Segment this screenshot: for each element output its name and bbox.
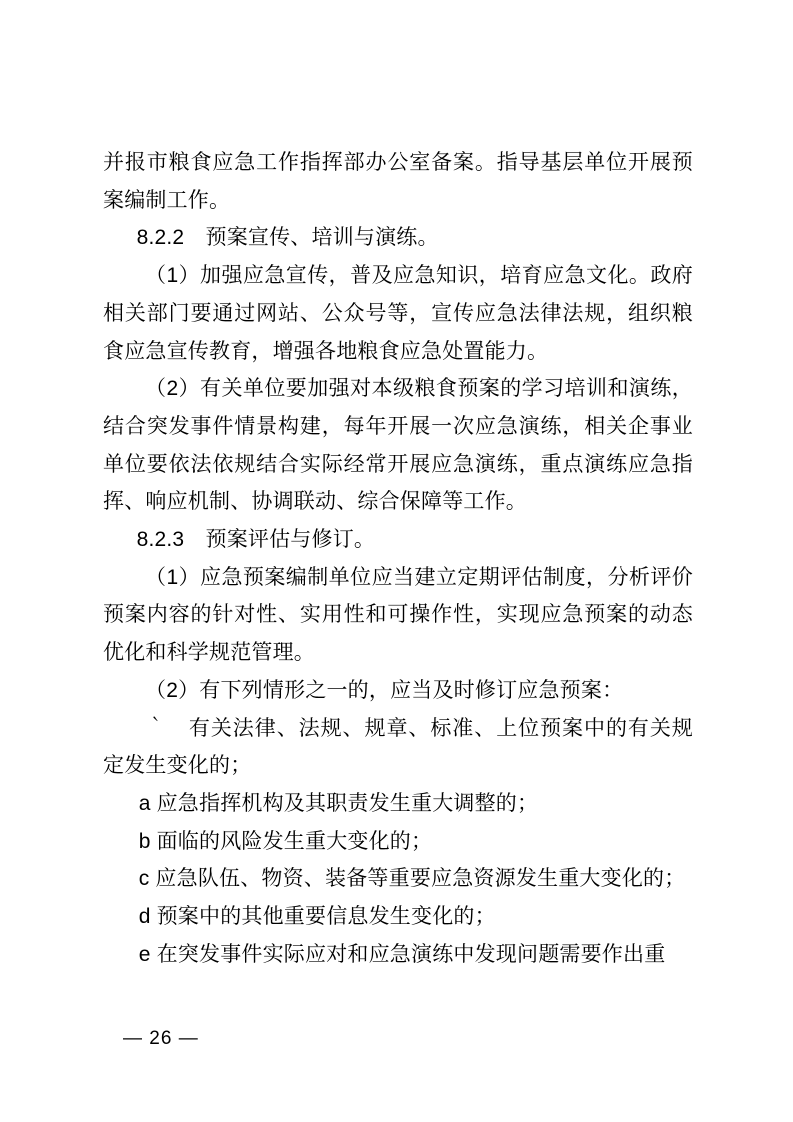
section-heading-8-2-3: 8.2.3 预案评估与修订。 bbox=[103, 521, 693, 559]
revision-item-laws: ｀ 有关法律、法规、规章、标准、上位预案中的有关规定发生变化的； bbox=[103, 710, 693, 785]
body-paragraph-revision-intro: （2）有下列情形之一的，应当及时修订应急预案： bbox=[103, 672, 693, 710]
body-paragraph-training-drills: （2）有关单位要加强对本级粮食预案的学习培训和演练，结合突发事件情景构建，每年开… bbox=[103, 370, 693, 521]
body-paragraph-publicity: （1）加强应急宣传，普及应急知识，培育应急文化。政府相关部门要通过网站、公众号等… bbox=[103, 257, 693, 370]
revision-item-c: c 应急队伍、物资、装备等重要应急资源发生重大变化的； bbox=[103, 860, 693, 898]
document-body: 并报市粮食应急工作指挥部办公室备案。指导基层单位开展预案编制工作。 8.2.2 … bbox=[103, 144, 693, 973]
section-heading-8-2-2: 8.2.2 预案宣传、培训与演练。 bbox=[103, 219, 693, 257]
document-page: 并报市粮食应急工作指挥部办公室备案。指导基层单位开展预案编制工作。 8.2.2 … bbox=[0, 0, 793, 1122]
revision-item-a: a 应急指挥机构及其职责发生重大调整的； bbox=[103, 785, 693, 823]
revision-item-d: d 预案中的其他重要信息发生变化的； bbox=[103, 898, 693, 936]
body-paragraph-continuation: 并报市粮食应急工作指挥部办公室备案。指导基层单位开展预案编制工作。 bbox=[103, 144, 693, 219]
page-number: — 26 — bbox=[123, 1027, 199, 1051]
revision-item-b: b 面临的风险发生重大变化的； bbox=[103, 823, 693, 861]
revision-item-e: e 在突发事件实际应对和应急演练中发现问题需要作出重 bbox=[103, 936, 693, 974]
body-paragraph-evaluation: （1）应急预案编制单位应当建立定期评估制度，分析评价预案内容的针对性、实用性和可… bbox=[103, 559, 693, 672]
